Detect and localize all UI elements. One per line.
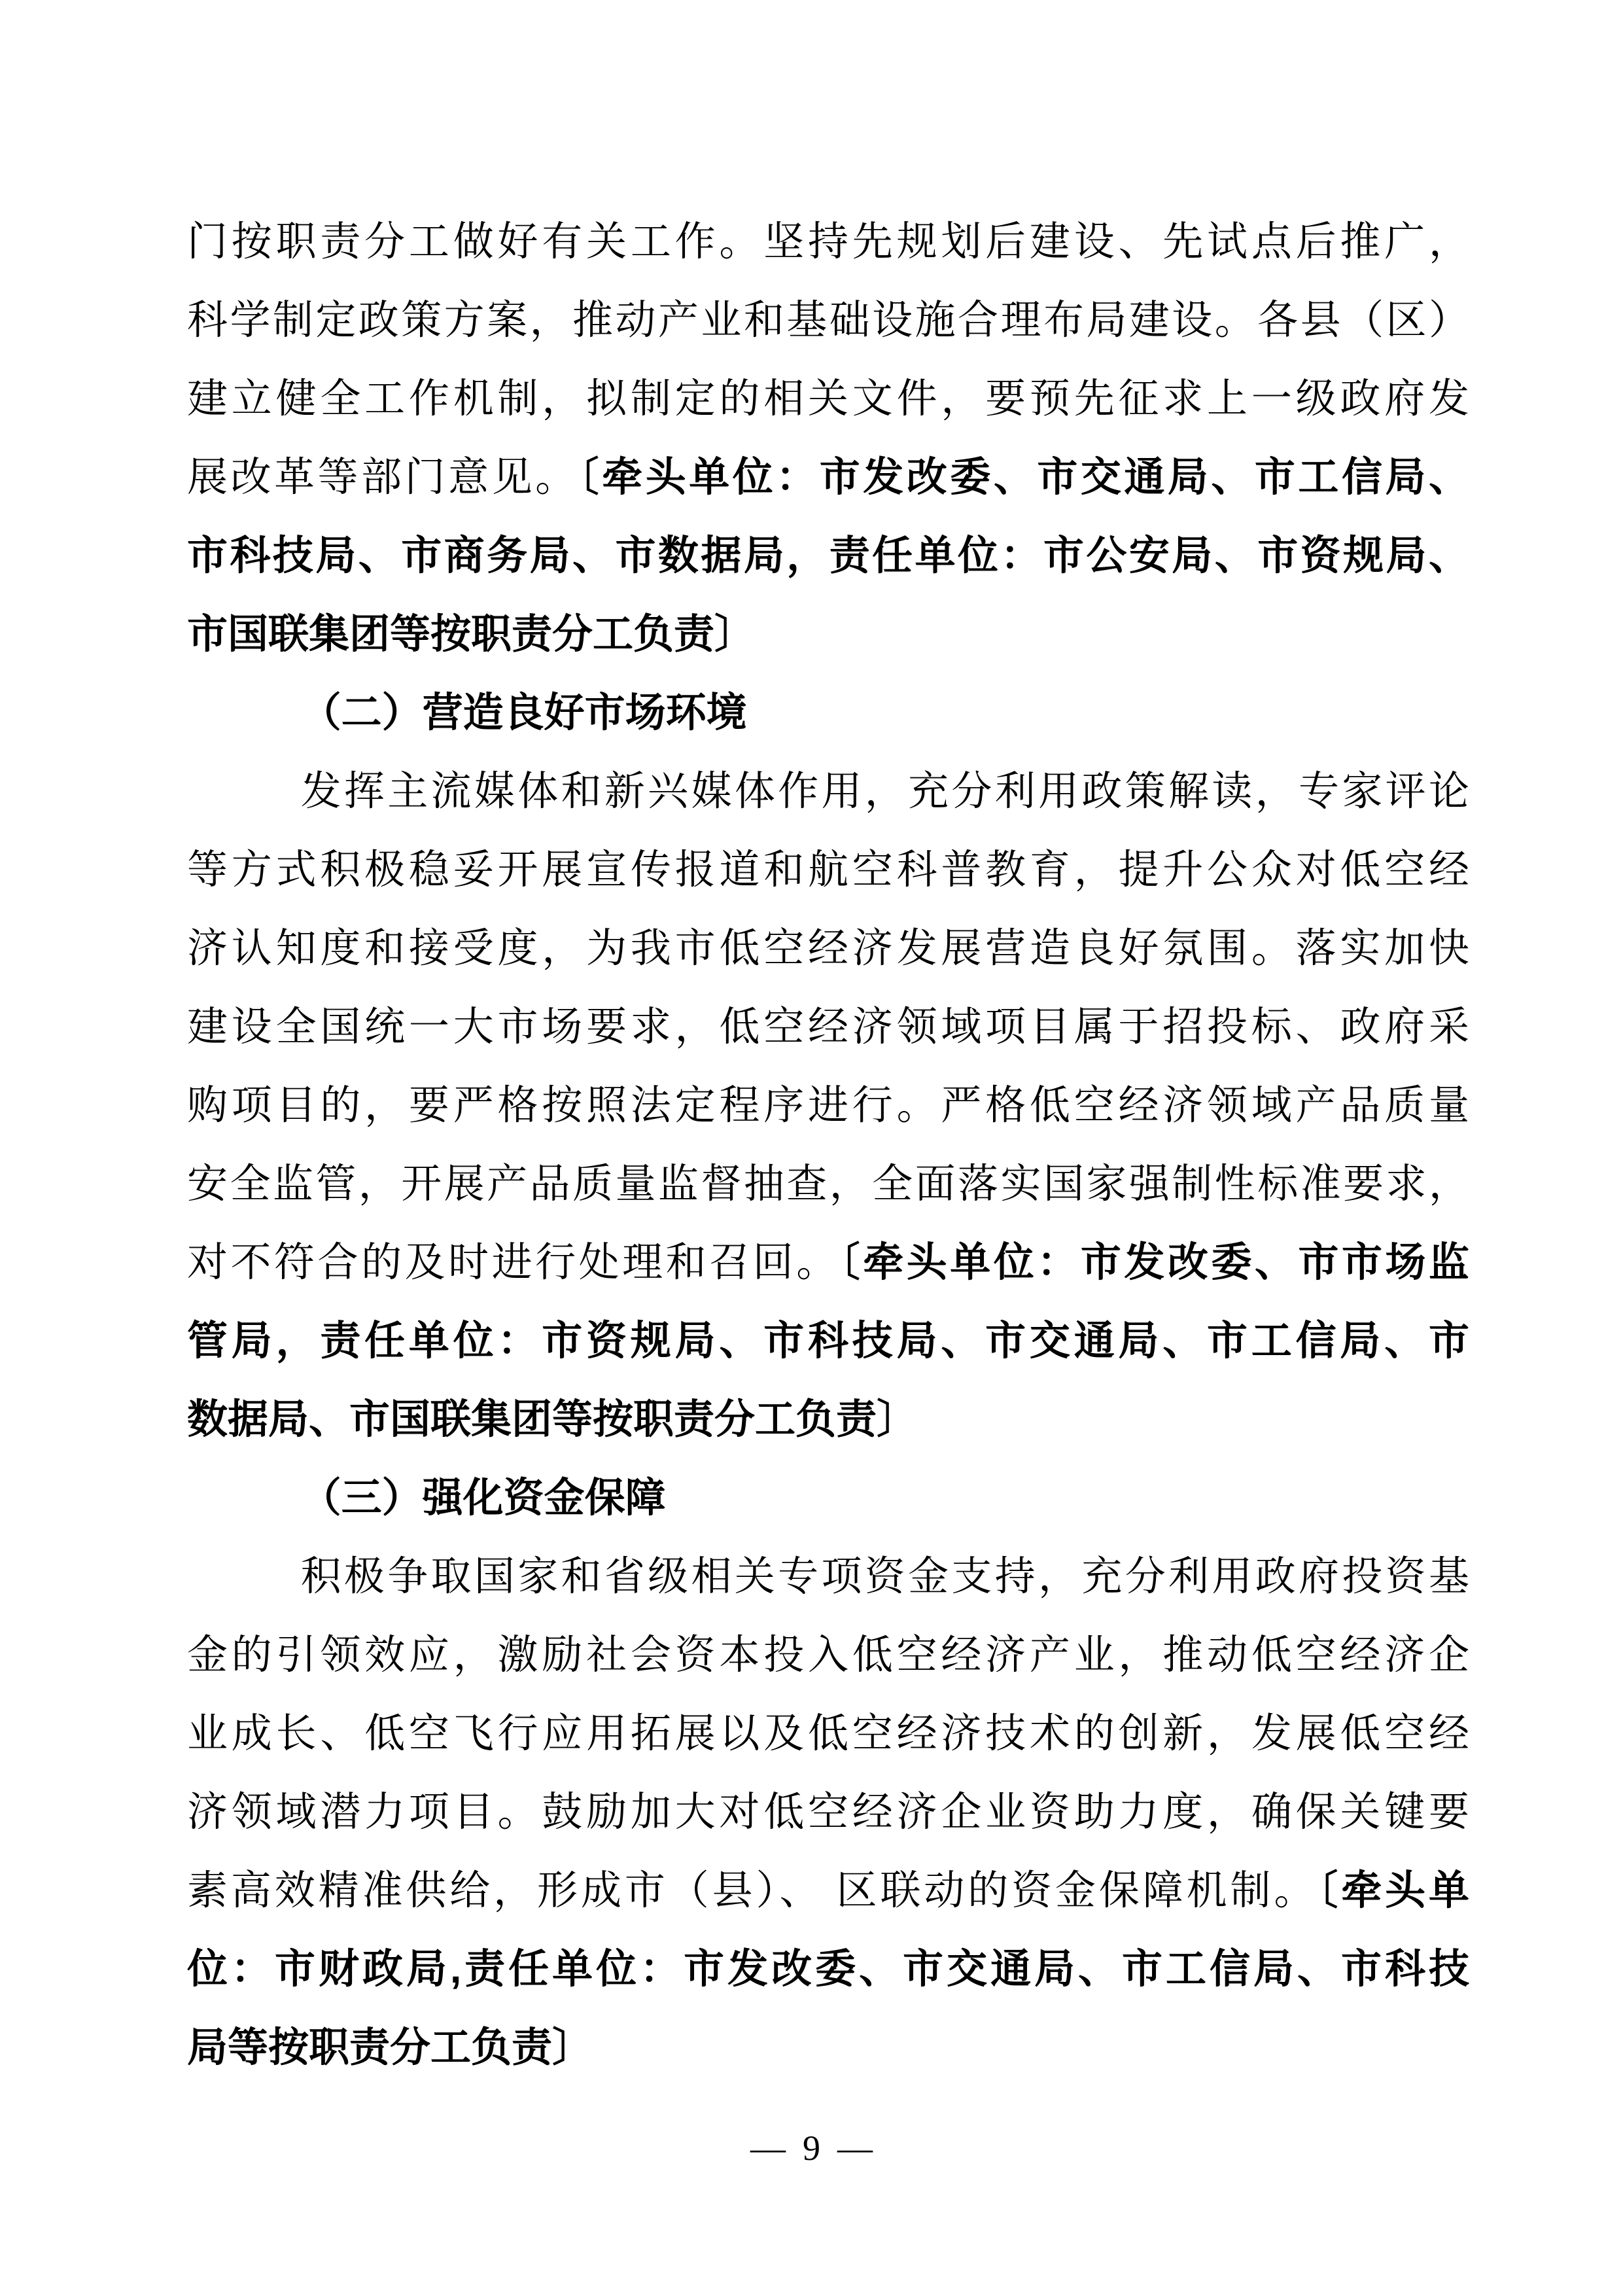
text-line: 济认知度和接受度，为我市低空经济发展营造良好氛围。落实加快 xyxy=(187,910,1469,988)
text-line: 数据局、市国联集团等按职责分工负责〕 xyxy=(187,1381,1469,1459)
page-number: 9 xyxy=(803,2128,820,2168)
text-line: 市科技局、市商务局、市数据局，责任单位：市公安局、市资规局、 xyxy=(187,517,1469,595)
lead-unit-segment: 〔牵头单位：市发改委、市交通局、市工信局、 xyxy=(579,455,1469,500)
text-segment: 等方式积极稳妥开展宣传报道和航空科普教育，提升公众对低空经 xyxy=(187,848,1469,892)
text-segment: 素高效精准供给，形成市（县）、 区联动的资金保障机制。 xyxy=(187,1869,1318,1913)
text-content: 门按职责分工做好有关工作。坚持先规划后建设、先试点后推广， 科学制定政策方案，推… xyxy=(187,203,1469,2087)
text-line: 对不符合的及时进行处理和召回。〔牵头单位：市发改委、市市场监 xyxy=(187,1224,1469,1302)
text-line: 局等按职责分工负责〕 xyxy=(187,2009,1469,2087)
text-line: 素高效精准供给，形成市（县）、 区联动的资金保障机制。〔牵头单 xyxy=(187,1852,1469,1930)
lead-unit-segment: 市科技局、市商务局、市数据局，责任单位：市公安局、市资规局、 xyxy=(187,533,1469,578)
text-segment: 建设全国统一大市场要求，低空经济领域项目属于招投标、政府采 xyxy=(187,1005,1469,1050)
heading-segment: （二）营造良好市场环境 xyxy=(301,690,747,735)
text-segment: 展改革等部门意见。 xyxy=(187,455,579,500)
text-line: 积极争取国家和省级相关专项资金支持，充分利用政府投资基 xyxy=(187,1538,1469,1616)
text-segment: 金的引领效应，激励社会资本投入低空经济产业，推动低空经济企 xyxy=(187,1633,1469,1678)
text-line: 市国联集团等按职责分工负责〕 xyxy=(187,595,1469,674)
text-segment: 发挥主流媒体和新兴媒体作用，充分利用政策解读，专家评论 xyxy=(301,769,1469,814)
text-line: 发挥主流媒体和新兴媒体作用，充分利用政策解读，专家评论 xyxy=(187,752,1469,831)
lead-unit-segment: 〔牵头单位：市发改委、市市场监 xyxy=(840,1240,1469,1285)
text-line: 门按职责分工做好有关工作。坚持先规划后建设、先试点后推广， xyxy=(187,203,1469,281)
footer-dash-left: — xyxy=(750,2128,786,2168)
text-line: 管局，责任单位：市资规局、市科技局、市交通局、市工信局、市 xyxy=(187,1302,1469,1381)
document-page: 门按职责分工做好有关工作。坚持先规划后建设、先试点后推广， 科学制定政策方案，推… xyxy=(0,0,1623,2296)
text-segment: 对不符合的及时进行处理和召回。 xyxy=(187,1241,840,1285)
page-footer: —9— xyxy=(0,2128,1623,2168)
text-line: 位：市财政局,责任单位：市发改委、市交通局、市工信局、市科技 xyxy=(187,1930,1469,2009)
text-line: 济领域潜力项目。鼓励加大对低空经济企业资助力度，确保关键要 xyxy=(187,1773,1469,1852)
text-segment: 门按职责分工做好有关工作。坚持先规划后建设、先试点后推广， xyxy=(187,220,1469,264)
text-segment: 建立健全工作机制，拟制定的相关文件，要预先征求上一级政府发 xyxy=(187,377,1469,421)
lead-unit-segment: 市国联集团等按职责分工负责〕 xyxy=(187,612,755,657)
text-line: 建设全国统一大市场要求，低空经济领域项目属于招投标、政府采 xyxy=(187,988,1469,1067)
heading-segment: （三）强化资金保障 xyxy=(301,1475,666,1521)
lead-unit-segment: 管局，责任单位：市资规局、市科技局、市交通局、市工信局、市 xyxy=(187,1318,1469,1364)
text-line: 展改革等部门意见。〔牵头单位：市发改委、市交通局、市工信局、 xyxy=(187,438,1469,517)
text-segment: 济认知度和接受度，为我市低空经济发展营造良好氛围。落实加快 xyxy=(187,927,1469,971)
section-heading: （三）强化资金保障 xyxy=(187,1459,1469,1538)
text-segment: 业成长、低空飞行应用拓展以及低空经济技术的创新，发展低空经 xyxy=(187,1712,1469,1756)
text-line: 购项目的，要严格按照法定程序进行。严格低空经济领域产品质量 xyxy=(187,1067,1469,1145)
lead-unit-segment: 局等按职责分工负责〕 xyxy=(187,2025,593,2070)
text-segment: 积极争取国家和省级相关专项资金支持，充分利用政府投资基 xyxy=(301,1555,1469,1599)
lead-unit-segment: 数据局、市国联集团等按职责分工负责〕 xyxy=(187,1397,917,1442)
text-segment: 科学制定政策方案，推动产业和基础设施合理布局建设。各县（区） xyxy=(187,298,1469,343)
text-line: 业成长、低空飞行应用拓展以及低空经济技术的创新，发展低空经 xyxy=(187,1695,1469,1773)
text-segment: 购项目的，要严格按照法定程序进行。严格低空经济领域产品质量 xyxy=(187,1084,1469,1128)
lead-unit-segment: 位：市财政局,责任单位：市发改委、市交通局、市工信局、市科技 xyxy=(187,1947,1469,1992)
lead-unit-segment: 〔牵头单 xyxy=(1318,1868,1469,1913)
text-line: 科学制定政策方案，推动产业和基础设施合理布局建设。各县（区） xyxy=(187,281,1469,360)
text-line: 安全监管，开展产品质量监督抽查，全面落实国家强制性标准要求， xyxy=(187,1145,1469,1224)
text-line: 建立健全工作机制，拟制定的相关文件，要预先征求上一级政府发 xyxy=(187,360,1469,438)
text-line: 等方式积极稳妥开展宣传报道和航空科普教育，提升公众对低空经 xyxy=(187,831,1469,910)
text-segment: 安全监管，开展产品质量监督抽查，全面落实国家强制性标准要求， xyxy=(187,1162,1469,1207)
footer-dash-right: — xyxy=(837,2128,873,2168)
text-segment: 济领域潜力项目。鼓励加大对低空经济企业资助力度，确保关键要 xyxy=(187,1790,1469,1835)
text-line: 金的引领效应，激励社会资本投入低空经济产业，推动低空经济企 xyxy=(187,1616,1469,1695)
section-heading: （二）营造良好市场环境 xyxy=(187,674,1469,752)
